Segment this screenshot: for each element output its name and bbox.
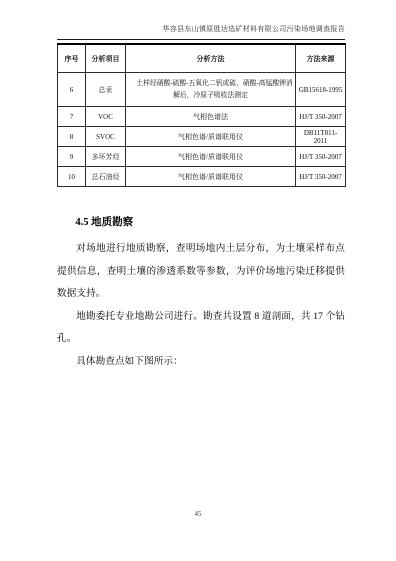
cell-no: 8 <box>58 127 86 147</box>
cell-method: 气相色谱/质谱联用仪 <box>126 127 296 147</box>
cell-no: 10 <box>58 167 86 187</box>
cell-item: 总石油烃 <box>86 167 126 187</box>
section-body: 对场地进行地质勘察，查明场地内土层分布，为土壤采样布点提供信息，查明土壤的渗透系… <box>57 238 345 374</box>
cell-method: 土样经硝酸-硫酸-五氧化二钒或硫、硝酸-高锰酸钾消解后，冷原子吸收法测定 <box>126 73 296 107</box>
cell-item: 总汞 <box>86 73 126 107</box>
table-row: 7 VOC 气相色谱法 HJ/T 350-2007 <box>58 107 346 127</box>
page-number: 45 <box>0 510 396 518</box>
document-page: 华容县东山镇原胜达选矿材料有限公司污染场地调查报告 序号 分析项目 分析方法 方… <box>0 0 396 561</box>
cell-no: 9 <box>58 147 86 167</box>
running-header: 华容县东山镇原胜达选矿材料有限公司污染场地调查报告 <box>57 24 345 34</box>
cell-no: 7 <box>58 107 86 127</box>
cell-no: 6 <box>58 73 86 107</box>
table-row: 6 总汞 土样经硝酸-硫酸-五氧化二钒或硫、硝酸-高锰酸钾消解后，冷原子吸收法测… <box>58 73 346 107</box>
cell-method: 气相色谱/质谱联用仪 <box>126 167 296 187</box>
header-rule <box>57 39 345 40</box>
cell-source: GB15618-1995 <box>296 73 346 107</box>
cell-source: DB11T811-2011 <box>296 127 346 147</box>
paragraph: 地勘委托专业地勘公司进行。勘查共设置 8 道剖面，共 17 个钻孔。 <box>57 306 345 351</box>
cell-source: HJ/T 350-2007 <box>296 107 346 127</box>
cell-item: 多环芳烃 <box>86 147 126 167</box>
table-row: 9 多环芳烃 气相色谱/质谱联用仪 HJ/T 350-2007 <box>58 147 346 167</box>
cell-method: 气相色谱法 <box>126 107 296 127</box>
cell-item: VOC <box>86 107 126 127</box>
section-heading: 4.5 地质勘察 <box>57 216 345 230</box>
cell-method: 气相色谱/质谱联用仪 <box>126 147 296 167</box>
col-header-source: 方法来源 <box>296 44 346 73</box>
page-content: 华容县东山镇原胜达选矿材料有限公司污染场地调查报告 序号 分析项目 分析方法 方… <box>57 24 345 374</box>
table-header-row: 序号 分析项目 分析方法 方法来源 <box>58 44 346 73</box>
paragraph: 对场地进行地质勘察，查明场地内土层分布，为土壤采样布点提供信息，查明土壤的渗透系… <box>57 238 345 306</box>
analysis-methods-table: 序号 分析项目 分析方法 方法来源 6 总汞 土样经硝酸-硫酸-五氧化二钒或硫、… <box>57 43 346 187</box>
table-row: 10 总石油烃 气相色谱/质谱联用仪 HJ/T 350-2007 <box>58 167 346 187</box>
cell-source: HJ/T 350-2007 <box>296 147 346 167</box>
paragraph: 具体勘查点如下图所示： <box>57 351 345 374</box>
col-header-method: 分析方法 <box>126 44 296 73</box>
table-row: 8 SVOC 气相色谱/质谱联用仪 DB11T811-2011 <box>58 127 346 147</box>
cell-item: SVOC <box>86 127 126 147</box>
cell-source: HJ/T 350-2007 <box>296 167 346 187</box>
col-header-no: 序号 <box>58 44 86 73</box>
col-header-item: 分析项目 <box>86 44 126 73</box>
